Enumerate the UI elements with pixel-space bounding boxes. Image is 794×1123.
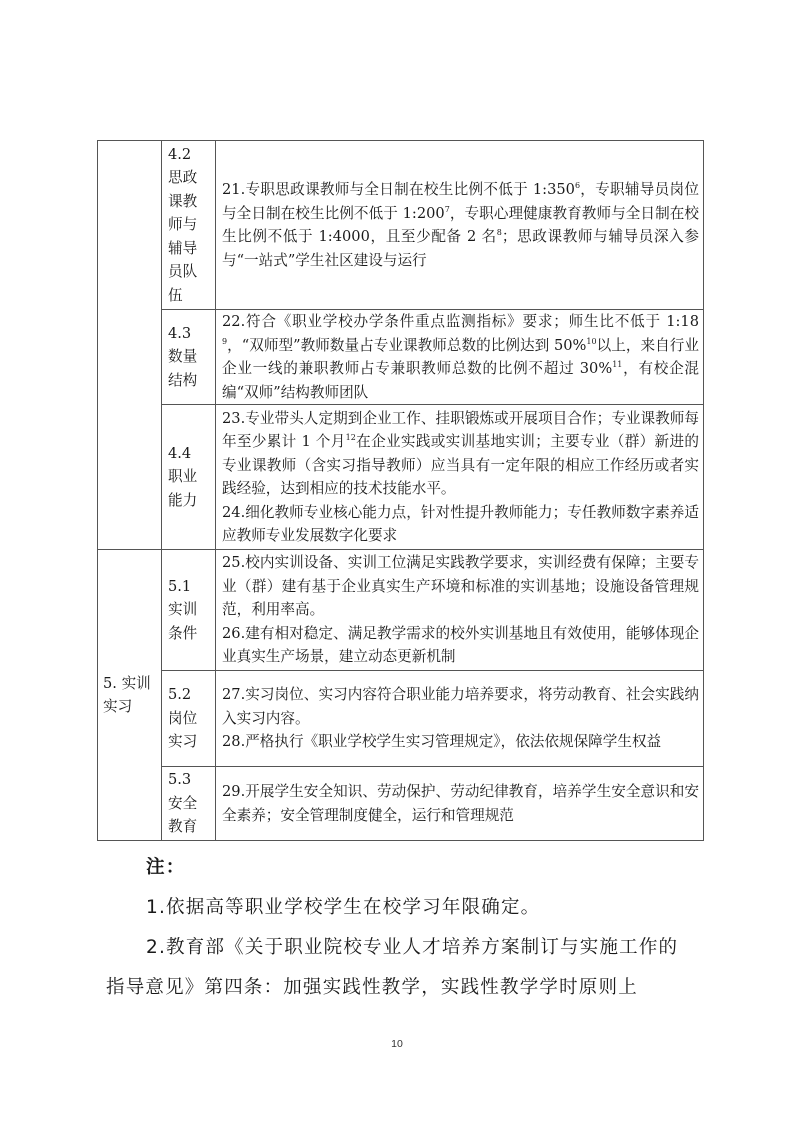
table-row: 5.2 岗位实习 27.实习岗位、实习内容符合职业能力培养要求，将劳动教育、社会… xyxy=(98,671,704,767)
requirement-item: 21.专职思政课教师与全日制在校生比例不低于 1:3506，专职辅导员岗位与全日… xyxy=(222,178,699,272)
subcategory-number: 4.2 xyxy=(168,143,213,167)
subcategory-number: 4.4 xyxy=(168,442,213,466)
table-row: 4.4 职业能力 23.专业带头人定期到企业工作、挂职锻炼或开展项目合作；专业课… xyxy=(98,405,704,550)
requirement-cell: 23.专业带头人定期到企业工作、挂职锻炼或开展项目合作；专业课教师每年至少累计 … xyxy=(216,405,704,550)
requirement-text: 27.实习岗位、实习内容符合职业能力培养要求，将劳动教育、社会实践纳入实习内容。 xyxy=(222,686,699,727)
requirement-text: 26.建有相对稳定、满足教学需求的校外实训基地且有效使用，能够体现企业真实生产场… xyxy=(222,625,699,666)
subcategory-number: 5.2 xyxy=(168,683,213,707)
subcategory-label: 职业能力 xyxy=(168,465,200,512)
table-row: 4.3 数量结构 22.符合《职业学校办学条件重点监测指标》要求；师生比不低于 … xyxy=(98,310,704,405)
subcategory-cell: 4.4 职业能力 xyxy=(162,405,216,550)
document-page: 4.2 思政课教师与辅导员队伍 21.专职思政课教师与全日制在校生比例不低于 1… xyxy=(0,0,794,1123)
subcategory-label: 实训条件 xyxy=(168,598,200,645)
note-item: 1.依据高等职业学校学生在校学习年限确定。 xyxy=(106,888,696,928)
table-row: 5.3 安全教育 29.开展学生安全知识、劳动保护、劳动纪律教育，培养学生安全意… xyxy=(98,767,704,841)
requirement-cell: 27.实习岗位、实习内容符合职业能力培养要求，将劳动教育、社会实践纳入实习内容。… xyxy=(216,671,704,767)
requirement-item: 26.建有相对稳定、满足教学需求的校外实训基地且有效使用，能够体现企业真实生产场… xyxy=(222,622,699,669)
page-number: 10 xyxy=(0,1038,794,1050)
requirement-text: ，“双师型”教师数量占专业课教师总数的比例达到 50% xyxy=(227,337,586,354)
requirement-text: 21.专职思政课教师与全日制在校生比例不低于 1:350 xyxy=(222,181,575,198)
subcategory-cell: 5.3 安全教育 xyxy=(162,767,216,841)
subcategory-number: 5.1 xyxy=(168,575,213,599)
requirement-item: 25.校内实训设备、实训工位满足实践教学要求，实训经费有保障；主要专业（群）建有… xyxy=(222,551,699,622)
subcategory-number: 5.3 xyxy=(168,768,213,792)
subcategory-label: 岗位实习 xyxy=(168,707,200,754)
subcategory-cell: 4.2 思政课教师与辅导员队伍 xyxy=(162,141,216,310)
subcategory-label: 数量结构 xyxy=(168,345,200,392)
requirement-item: 28.严格执行《职业学校学生实习管理规定》，依法依规保障学生权益 xyxy=(222,730,699,754)
table-row: 5. 实训实习 5.1 实训条件 25.校内实训设备、实训工位满足实践教学要求，… xyxy=(98,550,704,671)
requirement-cell: 25.校内实训设备、实训工位满足实践教学要求，实训经费有保障；主要专业（群）建有… xyxy=(216,550,704,671)
footnote-ref: 12 xyxy=(346,433,356,442)
requirement-item: 22.符合《职业学校办学条件重点监测指标》要求；师生比不低于 1:189，“双师… xyxy=(222,310,699,404)
subcategory-label: 安全教育 xyxy=(168,792,200,839)
category-cell-teachers xyxy=(98,141,162,550)
subcategory-number: 4.3 xyxy=(168,322,213,346)
subcategory-cell: 4.3 数量结构 xyxy=(162,310,216,405)
requirement-text: 22.符合《职业学校办学条件重点监测指标》要求；师生比不低于 1:18 xyxy=(222,313,699,330)
footnote-ref: 11 xyxy=(612,360,622,369)
table-row: 4.2 思政课教师与辅导员队伍 21.专职思政课教师与全日制在校生比例不低于 1… xyxy=(98,141,704,310)
requirement-text: 29.开展学生安全知识、劳动保护、劳动纪律教育，培养学生安全意识和安全素养；安全… xyxy=(222,783,699,824)
notes-heading: 注： xyxy=(106,848,696,888)
notes-section: 注： 1.依据高等职业学校学生在校学习年限确定。 2.教育部《关于职业院校专业人… xyxy=(106,848,696,1008)
requirement-cell: 29.开展学生安全知识、劳动保护、劳动纪律教育，培养学生安全意识和安全素养；安全… xyxy=(216,767,704,841)
requirement-item: 23.专业带头人定期到企业工作、挂职锻炼或开展项目合作；专业课教师每年至少累计 … xyxy=(222,407,699,501)
requirement-cell: 22.符合《职业学校办学条件重点监测指标》要求；师生比不低于 1:189，“双师… xyxy=(216,310,704,405)
requirement-item: 29.开展学生安全知识、劳动保护、劳动纪律教育，培养学生安全意识和安全素养；安全… xyxy=(222,780,699,827)
footnote-ref: 10 xyxy=(586,337,596,346)
requirement-text: 28.严格执行《职业学校学生实习管理规定》，依法依规保障学生权益 xyxy=(222,733,661,750)
category-cell-training-internship: 5. 实训实习 xyxy=(98,550,162,841)
subcategory-cell: 5.2 岗位实习 xyxy=(162,671,216,767)
requirement-text: 24.细化教师专业核心能力点，针对性提升教师能力；专任教师数字素养适应教师专业发… xyxy=(222,504,699,545)
requirement-item: 27.实习岗位、实习内容符合职业能力培养要求，将劳动教育、社会实践纳入实习内容。 xyxy=(222,683,699,730)
standards-table: 4.2 思政课教师与辅导员队伍 21.专职思政课教师与全日制在校生比例不低于 1… xyxy=(97,140,704,841)
requirement-cell: 21.专职思政课教师与全日制在校生比例不低于 1:3506，专职辅导员岗位与全日… xyxy=(216,141,704,310)
requirement-item: 24.细化教师专业核心能力点，针对性提升教师能力；专任教师数字素养适应教师专业发… xyxy=(222,501,699,548)
requirement-text: 25.校内实训设备、实训工位满足实践教学要求，实训经费有保障；主要专业（群）建有… xyxy=(222,554,699,618)
subcategory-label: 思政课教师与辅导员队伍 xyxy=(168,166,200,307)
note-item: 2.教育部《关于职业院校专业人才培养方案制订与实施工作的指导意见》第四条：加强实… xyxy=(106,928,696,1008)
subcategory-cell: 5.1 实训条件 xyxy=(162,550,216,671)
